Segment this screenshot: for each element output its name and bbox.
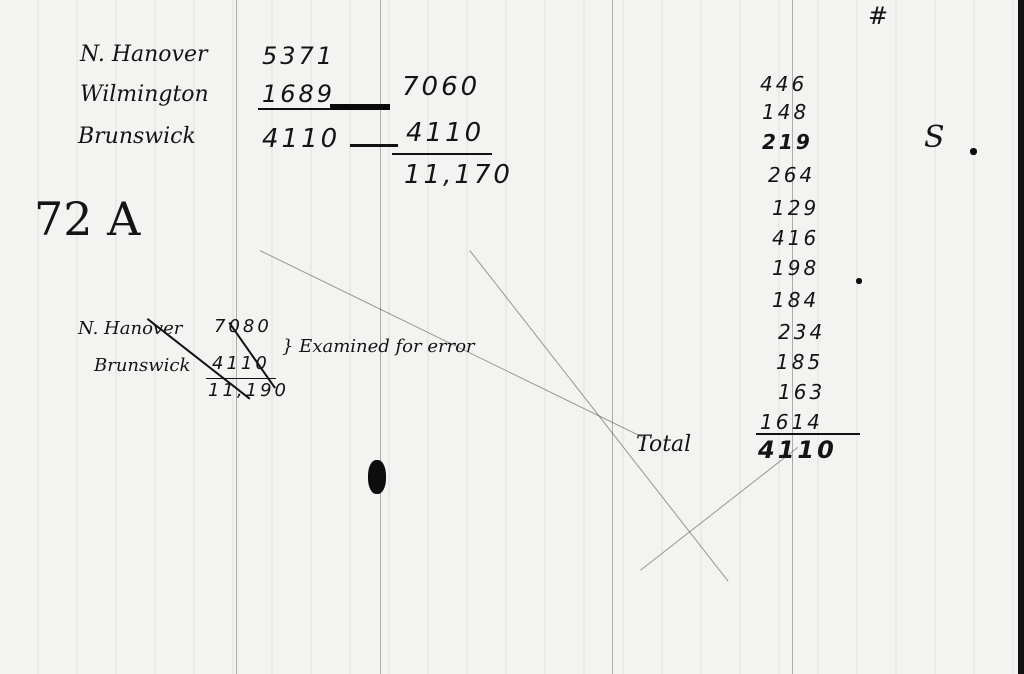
column-value: 1614 [760, 410, 823, 434]
paper-fold-line [612, 0, 613, 674]
ink-spot [970, 148, 977, 155]
corner-mark: # [868, 2, 888, 30]
total-label: Total [636, 432, 691, 457]
margin-note: 72 A [34, 192, 140, 246]
ledger-row-place: Brunswick [78, 124, 196, 149]
sum-underline [392, 153, 492, 155]
ledger-row-place: N. Hanover [80, 42, 208, 67]
ledger-row-carry: 4110 [406, 118, 484, 148]
column-value: 416 [772, 226, 819, 250]
ledger-row-value: 4110 [262, 124, 340, 154]
column-value: 264 [768, 163, 815, 187]
total-value: 4110 [758, 436, 837, 464]
column-value: 219 [762, 130, 813, 154]
ledger-row-place: Wilmington [80, 82, 209, 107]
column-value: 129 [772, 196, 819, 220]
total-underline [756, 433, 860, 435]
paper-fold-line [236, 0, 237, 674]
column-value: 184 [772, 288, 819, 312]
ledger2-row-value: 7080 [214, 316, 272, 337]
column-value: 163 [778, 380, 825, 404]
carry-dash [350, 144, 398, 147]
ink-smudge [330, 104, 390, 110]
ledger-row-value: 5371 [262, 42, 335, 70]
column-value: 148 [762, 100, 809, 124]
ledger-row-carry: 7060 [402, 72, 480, 102]
sum-underline [206, 378, 276, 379]
column-value: 185 [776, 350, 823, 374]
column-value: 234 [778, 320, 825, 344]
column-value: 446 [760, 72, 807, 96]
ledger-row-value: 1689 [262, 80, 335, 108]
column-value: 198 [772, 256, 819, 280]
ledger2-row-place: Brunswick [94, 355, 190, 376]
ledger-sum: 11,170 [404, 160, 513, 190]
ledger2-note: } Examined for error [282, 336, 475, 357]
side-mark: S [924, 120, 945, 155]
ink-blot [368, 460, 386, 494]
scan-edge [1018, 0, 1024, 674]
scanned-document-page: # N. Hanover 5371 Wilmington 1689 7060 B… [0, 0, 1024, 674]
scratch-line [640, 447, 798, 571]
ink-spot [856, 278, 862, 284]
